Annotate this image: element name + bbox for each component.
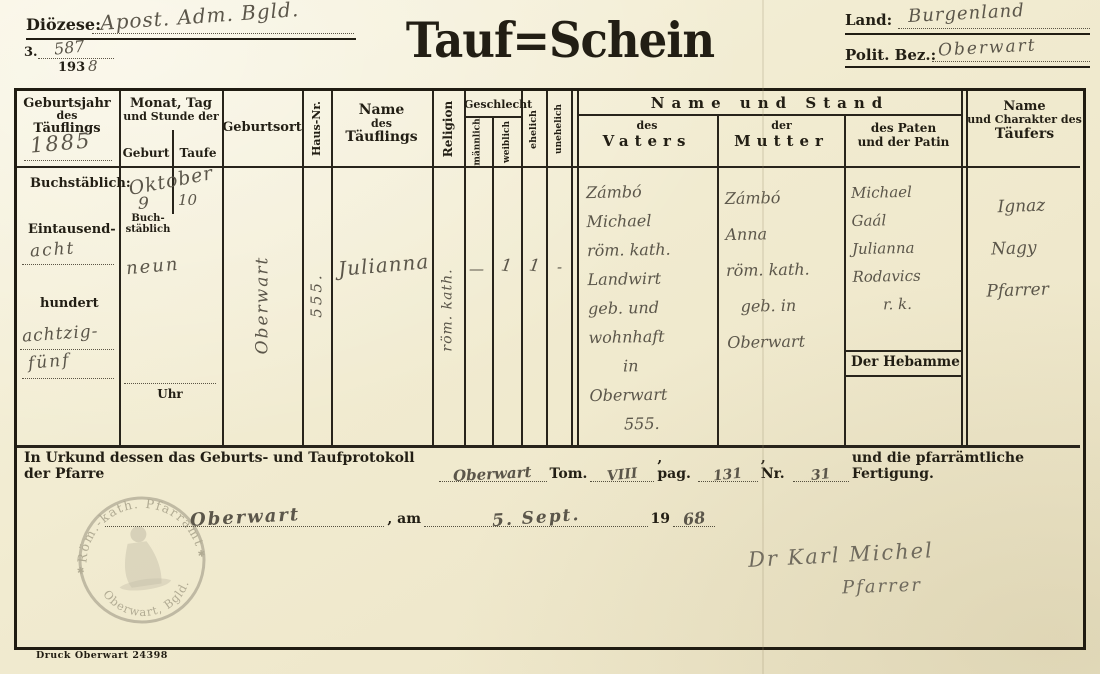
certification-line: In Urkund dessen das Geburts- und Taufpr…	[24, 450, 1076, 482]
godparent-line: Rodavics	[852, 261, 960, 291]
name-stand-rule	[577, 114, 963, 116]
baptizer-line: Nagy	[984, 225, 1081, 270]
pag-value: 131	[712, 466, 743, 485]
illegitimate-header: unehelich	[546, 91, 571, 167]
father-line: in	[589, 350, 715, 381]
year-printed-label: 19	[651, 511, 670, 527]
father-line: wohnhaft	[588, 321, 714, 352]
house-number-header: Haus-Nr.	[302, 91, 331, 166]
father-line: 555.	[590, 408, 716, 439]
paper-crease	[762, 0, 764, 674]
sex-female-label: weiblich	[502, 121, 512, 163]
nr-field: 31	[793, 465, 849, 482]
polit-bez-label: Polit. Bez.:	[845, 46, 936, 64]
grid-line	[966, 91, 968, 447]
baptizer-entry: Ignaz Nagy Pfarrer	[983, 183, 1083, 312]
tom-field: VIII	[590, 465, 654, 482]
grid-line	[844, 114, 846, 447]
diocese-label: Diözese:	[26, 15, 101, 34]
father-line: geb. und	[588, 292, 714, 323]
father-entry: Zámbó Michael röm. kath. Landwirt geb. u…	[586, 176, 717, 439]
baptism-certificate-scan: Diözese: Apost. Adm. Bgld. 3. 587 193 8 …	[0, 0, 1100, 674]
place-field: Oberwart	[105, 505, 384, 527]
printer-imprint: Druck Oberwart 24398	[36, 650, 168, 661]
stamp-figure-head	[129, 525, 147, 543]
father-line: Oberwart	[589, 379, 715, 410]
certify-text-start: In Urkund dessen das Geburts- und Taufpr…	[24, 450, 436, 482]
grid-line	[119, 91, 121, 447]
reference-year-printed: 193	[58, 60, 85, 75]
sex-male-header: männlich	[464, 118, 492, 166]
illegitimate-value: -	[557, 258, 562, 276]
religion-value: röm. kath.	[440, 268, 456, 351]
polit-bez-value: Oberwart	[938, 35, 1038, 60]
land-dotted-line	[898, 28, 1090, 29]
place-date-line: Oberwart , am 5. Sept. 19 68	[102, 505, 718, 527]
house-number-value: 555.	[308, 272, 326, 317]
baptizer-label-3: Täufers	[966, 126, 1083, 142]
year-word-3: fünf	[27, 350, 71, 374]
midwife-box-top-rule	[846, 350, 961, 352]
illegitimate-label: unehelich	[554, 104, 564, 154]
table-bottom-rule	[17, 445, 1080, 448]
birth-subcolumn-label: Geburt	[120, 146, 172, 160]
stamp-star-right-icon: ✱	[197, 549, 206, 560]
reference-dotted-line	[38, 58, 114, 59]
birth-year-dotted-line	[24, 160, 112, 161]
year-word-3-dotted	[22, 378, 114, 379]
place-value: Oberwart	[189, 504, 300, 531]
month-day-label-2: und Stunde der	[120, 110, 222, 123]
sex-female-header: weiblich	[493, 118, 521, 166]
godparents-entry: Michael Gaál Julianna Rodavics r. k.	[851, 177, 961, 319]
page-title: Tauf=Schein	[400, 12, 720, 69]
literal-sublabel-1: Buch-	[124, 213, 172, 224]
diocese-dotted-line	[92, 33, 354, 34]
father-line: Michael	[586, 205, 712, 236]
literal-sublabel-2: stäblich	[124, 224, 172, 235]
mother-label-prefix: der	[719, 119, 844, 132]
birth-place-cell: Oberwart	[222, 175, 302, 435]
reference-number: 587	[53, 36, 85, 58]
birth-day-value: 9	[138, 194, 149, 214]
godparent-line: Julianna	[852, 233, 960, 263]
midwife-label: Der Hebamme	[851, 354, 960, 370]
godparents-label-1: des Paten	[846, 121, 961, 135]
parish-stamp: Röm.-kath. Pfarramt Oberwart, Bgld. ✱ ✱	[58, 476, 225, 643]
child-name-label-3: Täuflings	[331, 129, 432, 145]
mother-line: geb. in	[726, 287, 843, 325]
am-label: , am	[387, 511, 421, 527]
year-word-1: acht	[29, 238, 76, 261]
mother-line: Oberwart	[727, 323, 844, 361]
signature-line-2: Pfarrer	[842, 575, 923, 599]
grid-line	[571, 91, 573, 447]
legitimate-header: ehelich	[521, 91, 546, 167]
mother-line: Anna	[725, 215, 842, 253]
father-line: röm. kath.	[587, 234, 713, 265]
polit-bez-dotted-line	[932, 61, 1090, 62]
year-field: 68	[673, 507, 715, 527]
nr-value: 31	[810, 466, 831, 484]
polit-bez-rule	[845, 66, 1090, 68]
grid-line	[717, 114, 719, 447]
name-stand-group-label: Name und Stand	[577, 94, 963, 112]
certify-text-end: und die pfarrämtliche Fertigung.	[852, 450, 1076, 482]
reference-prefix: 3.	[24, 45, 38, 60]
sex-label: Geschlecht	[464, 98, 523, 111]
hour-label: Uhr	[124, 387, 216, 401]
parish-value: Oberwart	[453, 463, 532, 485]
land-rule	[845, 33, 1090, 35]
date-field: 5. Sept.	[424, 506, 648, 527]
house-number-label: Haus-Nr.	[310, 101, 323, 156]
year-written-value: 68	[682, 508, 706, 529]
parish-field: Oberwart	[439, 463, 547, 482]
mother-line: Zámbó	[724, 179, 841, 217]
hour-dotted-line	[124, 383, 216, 384]
godparent-line: r. k.	[853, 289, 961, 319]
sex-male-value: —	[469, 260, 484, 278]
father-line: Landwirt	[587, 263, 713, 294]
month-day-label-1: Monat, Tag	[120, 96, 222, 111]
thousand-label: Eintausend-	[28, 222, 116, 237]
legitimate-label: ehelich	[528, 110, 539, 149]
father-line: Zámbó	[586, 176, 712, 207]
reference-year-written: 8	[88, 57, 98, 75]
grid-line	[961, 91, 963, 447]
land-value: Burgenland	[908, 0, 1026, 27]
mother-entry: Zámbó Anna röm. kath. geb. in Oberwart	[724, 179, 843, 361]
diocese-value: Apost. Adm. Bgld.	[99, 0, 299, 35]
baptism-subcolumn-label: Taufe	[174, 146, 222, 160]
midwife-box-bottom-rule	[846, 375, 961, 377]
godparents-label-2: und der Patin	[846, 135, 961, 149]
pag-label: , pag.	[657, 450, 694, 482]
baptizer-line: Pfarrer	[986, 267, 1083, 312]
year-word-1-dotted	[22, 264, 114, 265]
religion-header: Religion	[432, 91, 464, 167]
father-label: Vaters	[577, 132, 717, 150]
hundred-label: hundert	[40, 296, 99, 311]
pag-field: 131	[698, 465, 758, 482]
birth-place-value: Oberwart	[252, 256, 272, 355]
baptizer-label-1: Name	[966, 99, 1083, 114]
house-number-cell: 555.	[302, 200, 331, 390]
stamp-star-left-icon: ✱	[76, 566, 85, 577]
child-name-label-1: Name	[331, 102, 432, 118]
land-label: Land:	[845, 11, 892, 29]
tom-value: VIII	[606, 465, 638, 484]
birth-place-label: Geburtsort	[222, 120, 302, 135]
baptizer-label-2: und Charakter des	[966, 113, 1083, 126]
religion-cell: röm. kath.	[432, 225, 464, 395]
godparent-line: Gaál	[851, 205, 959, 235]
nr-label: , Nr.	[761, 450, 790, 482]
mother-label: Mutter	[719, 132, 844, 150]
mother-line: röm. kath.	[726, 251, 843, 289]
religion-label: Religion	[441, 101, 455, 157]
literal-label: Buchstäblich:	[30, 176, 131, 191]
baptism-day-value: 10	[178, 191, 197, 209]
godparent-line: Michael	[851, 177, 959, 207]
baptizer-line: Ignaz	[983, 183, 1080, 228]
father-label-prefix: des	[577, 119, 717, 132]
tom-label: Tom.	[550, 466, 588, 482]
sex-male-label: männlich	[473, 118, 483, 165]
